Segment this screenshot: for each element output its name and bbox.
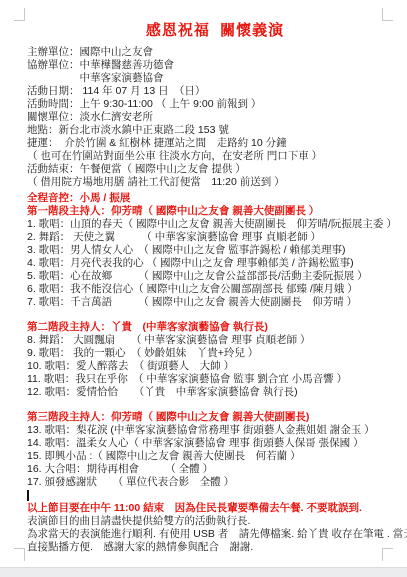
program-item-1: 1. 歌唱：山頂的春天（ 國際中山之友會 親善大使副團長 仰芳晴/阮振展主委 ） xyxy=(27,218,403,231)
info-line-location: 地點：新台北市淡水鎮中正東路二段 153 號 xyxy=(27,124,403,137)
closing-line-3: 直接點播方便. 感謝大家的熱情參與配合 謝謝. xyxy=(27,541,403,554)
program-item-15: 15. 即興小品 :（ 國際中山之友會 親善大使團長 何若蘭 ） xyxy=(27,450,403,463)
margin-mark-top-left xyxy=(14,8,25,21)
page-title: 感恩祝福 關懷義演 xyxy=(27,21,403,41)
program-item-5: 5. 歌唱：心在故鄉 （ 國際中山之友會公益部部長/活動主委阮振展 ） xyxy=(27,270,403,283)
info-line-metro: 捷運： 介於竹圍 & 紅樹林 捷運站之間 走路約 10 分鐘 xyxy=(27,137,403,150)
program-item-17: 17. 頒發感謝狀 （ 單位代表合影 全體 ） xyxy=(27,476,403,489)
info-line-organizer: 主辦單位：國際中山之友會 xyxy=(27,46,403,59)
program-item-2: 2. 舞蹈： 天使之翼 （ 中華客家演藝協會 理事 貞順老師 ） xyxy=(27,231,403,244)
text-cursor xyxy=(27,490,29,501)
program-item-9: 9. 歌唱： 我的一顆心 （ 妙齡姐妹 丫貴+玲兒 ） xyxy=(27,347,403,360)
program-item-13: 13. 歌唱：梨花淚 (中華客家演藝協會常務理事 街頭藝人金燕姐姐 謝金玉 ） xyxy=(27,424,403,437)
program-item-7: 7. 歌唱：千言萬語 （ 國際中山之友會 親善大使副團長 仰芳晴 ） xyxy=(27,296,403,309)
program-item-16: 16. 大合唱：期待再相會 （ 全體 ） xyxy=(27,463,403,476)
info-line-coorganizer2: 中華客家演藝協會 xyxy=(27,72,403,85)
program-item-4: 4. 歌唱：月亮代表我的心 （ 國際中山之友會 理事賴郁美 / 許錫松監事) xyxy=(27,257,403,270)
margin-mark-top-right xyxy=(382,8,393,21)
closing-line-2: 為求當天的表演能進行順利. 有使用 USB 者 請先傳檔案. 給丫貴 收存在筆電… xyxy=(27,528,403,541)
program-item-12: 12. 歌唱：愛情恰恰 （丫貴 中華客家演藝協會 執行長) xyxy=(27,386,403,399)
program-item-3: 3. 歌唱：男人情女人心 （ 國際中山之友會 監事許錫松 / 賴郁美理事) xyxy=(27,244,403,257)
info-line-care-unit: 關懷單位：淡水仁濟安老所 xyxy=(27,111,403,124)
info-line-lunch-note: （ 借用院方場地用膳 請社工代訂便當 11:20 前送到 ） xyxy=(27,176,403,189)
program-item-6: 6. 歌唱：我不能沒信心（ 國際中山之友會公關部副部長 郁臻 /陳月娥 ） xyxy=(27,283,403,296)
info-line-coorganizer: 協辦單位：中華樺醫慈善功德會 xyxy=(27,59,403,72)
program-item-10: 10. 歌唱：愛人醉落去 （ 街頭藝人 大帥 ） xyxy=(27,360,403,373)
program-item-14: 14. 歌唱：溫柔女人心（ 中華客家演藝協會 理事 街頭藝人保哥 張保國 ） xyxy=(27,437,403,450)
sound-control-line: 全程音控：小馬 / 振展 xyxy=(27,192,403,205)
margin-mark-bottom-left xyxy=(14,548,25,561)
info-line-date: 活動日期： 114 年 07 月 13 日 （日） xyxy=(27,85,403,98)
info-line-end: 活動結束：午餐便當（ 國際中山之友會 提供 ） xyxy=(27,163,403,176)
stage1-header: 第一階段主持人：仰芳晴（ 國際中山之友會 親善大使副團長 ） xyxy=(27,205,403,218)
document-content: 感恩祝福 關懷義演 主辦單位：國際中山之友會 協辦單位：中華樺醫慈善功德會 中華… xyxy=(27,21,403,554)
program-item-11: 11. 歌唱：我只在乎你 （ 中華客家演藝協會 監事 劉合宜 小馬音響 ） xyxy=(27,373,403,386)
page-bottom-gap xyxy=(0,567,407,577)
stage3-header: 第三階段主持人：仰芳晴（ 國際中山之友會 親善大使副團長) xyxy=(27,411,403,424)
closing-line-1: 表演節目的曲目請盡快提供給雙方的活動執行長. xyxy=(27,515,403,528)
cursor-line xyxy=(27,489,403,502)
stage2-header: 第二階段主持人：丫貴 (中華客家演藝協會 執行長) xyxy=(27,321,403,334)
program-item-8: 8. 舞蹈： 大圓飄扇 （ 中華客家演藝協會 理事 貞順老師 ） xyxy=(27,334,403,347)
info-line-bus-note: （ 也可在竹圍站對面坐公車 往淡水方向，在安老所 門口下車 ） xyxy=(27,150,403,163)
info-line-time: 活動時間：上午 9:30-11:00 （ 上午 9:00 前報到 ） xyxy=(27,98,403,111)
closing-red-note: 以上節目要在中午 11:00 結束 因為住民長輩要準備去午餐. 不要耽誤到. xyxy=(27,502,403,515)
document-page: 感恩祝福 關懷義演 主辦單位：國際中山之友會 協辦單位：中華樺醫慈善功德會 中華… xyxy=(0,0,407,577)
